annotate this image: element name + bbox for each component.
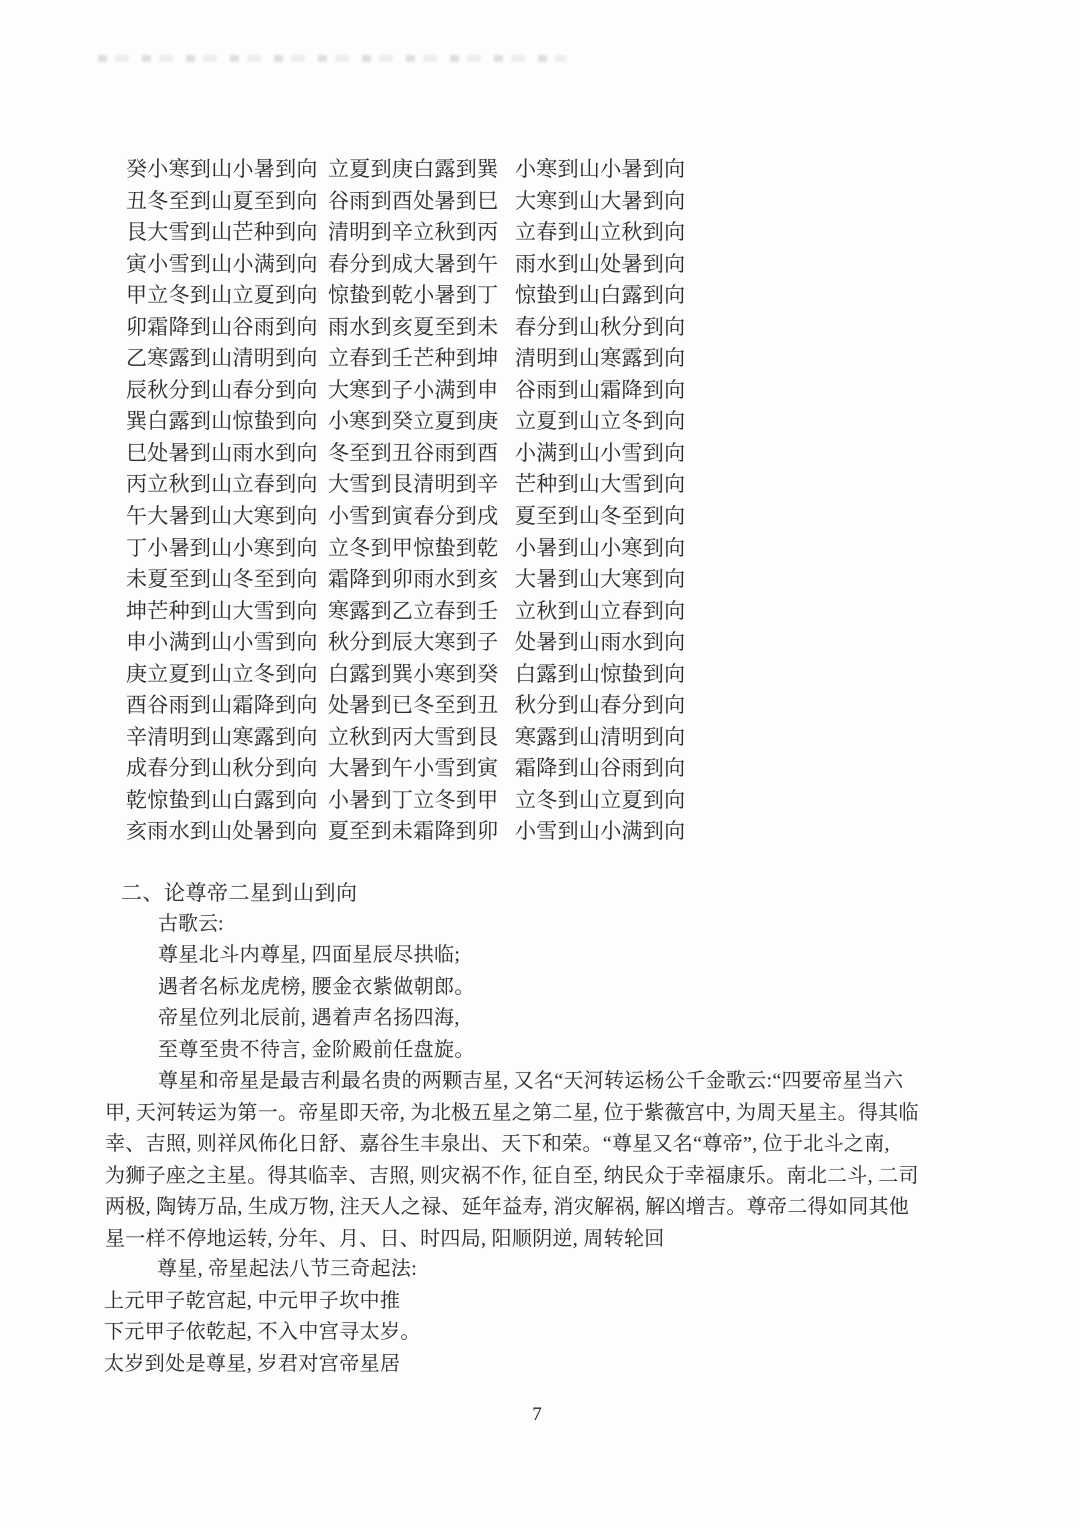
ancient-poem: 尊星北斗内尊星, 四面星辰尽拱临;遇者名标龙虎榜, 腰金衣紫做朝郎。帝星位列北辰… bbox=[158, 940, 475, 1066]
formula-subheading: 尊星, 帝星起法八节三奇起法: bbox=[157, 1254, 417, 1285]
table-cell: 立春到山立秋到向 bbox=[515, 217, 685, 249]
table-cell: 霜降到卯雨水到亥 bbox=[328, 564, 515, 596]
formula-verse: 上元甲子乾宫起, 中元甲子坎中推下元甲子依乾起, 不入中宫寻太岁。太岁到处是尊星… bbox=[104, 1286, 421, 1380]
table-row: 辰秋分到山春分到向大寒到子小满到申谷雨到山霜降到向 bbox=[126, 375, 685, 407]
body-paragraph: 尊星和帝星是最吉利最名贵的两颗吉星, 又名“天河转运杨公千金歌云:“四要帝星当六… bbox=[105, 1066, 990, 1256]
table-row: 乙寒露到山清明到向立春到壬芒种到坤清明到山寒露到向 bbox=[126, 343, 685, 375]
paragraph-line: 星一样不停地运转, 分年、月、日、时四局, 阳顺阴逆, 周转轮回 bbox=[105, 1224, 990, 1256]
table-cell: 处暑到已冬至到丑 bbox=[328, 690, 515, 722]
table-cell: 卯霜降到山谷雨到向 bbox=[126, 312, 328, 344]
table-row: 午大暑到山大寒到向小雪到寅春分到戌夏至到山冬至到向 bbox=[126, 501, 685, 533]
table-cell: 清明到山寒露到向 bbox=[515, 343, 685, 375]
table-row: 巳处暑到山雨水到向冬至到丑谷雨到酉小满到山小雪到向 bbox=[126, 438, 685, 470]
table-cell: 午大暑到山大寒到向 bbox=[126, 501, 328, 533]
paragraph-line: 两极, 陶铸万品, 生成万物, 注天人之禄、延年益寿, 消灾解祸, 解凶增吉。尊… bbox=[105, 1192, 990, 1224]
table-row: 寅小雪到山小满到向春分到成大暑到午雨水到山处暑到向 bbox=[126, 249, 685, 281]
table-cell: 小暑到丁立冬到甲 bbox=[328, 785, 515, 817]
table-row: 酉谷雨到山霜降到向处暑到已冬至到丑秋分到山春分到向 bbox=[126, 690, 685, 722]
table-cell: 丙立秋到山立春到向 bbox=[126, 469, 328, 501]
table-cell: 冬至到丑谷雨到酉 bbox=[328, 438, 515, 470]
table-cell: 坤芒种到山大雪到向 bbox=[126, 596, 328, 628]
table-cell: 小暑到山小寒到向 bbox=[515, 533, 685, 565]
table-cell: 夏至到未霜降到卯 bbox=[328, 816, 515, 848]
table-cell: 雨水到山处暑到向 bbox=[515, 249, 685, 281]
table-row: 巽白露到山惊蛰到向小寒到癸立夏到庚立夏到山立冬到向 bbox=[126, 406, 685, 438]
scanned-book-page: 癸小寒到山小暑到向立夏到庚白露到巽小寒到山小暑到向丑冬至到山夏至到向谷雨到酉处暑… bbox=[0, 0, 1080, 1528]
table-cell: 小满到山小雪到向 bbox=[515, 438, 685, 470]
table-row: 艮大雪到山芒种到向清明到辛立秋到丙立春到山立秋到向 bbox=[126, 217, 685, 249]
table-cell: 立冬到山立夏到向 bbox=[515, 785, 685, 817]
formula-line: 太岁到处是尊星, 岁君对宫帝星居 bbox=[104, 1349, 421, 1380]
table-cell: 芒种到山大雪到向 bbox=[515, 469, 685, 501]
table-cell: 霜降到山谷雨到向 bbox=[515, 753, 685, 785]
table-cell: 处暑到山雨水到向 bbox=[515, 627, 685, 659]
table-cell: 未夏至到山冬至到向 bbox=[126, 564, 328, 596]
table-row: 乾惊蛰到山白露到向小暑到丁立冬到甲立冬到山立夏到向 bbox=[126, 785, 685, 817]
table-cell: 申小满到山小雪到向 bbox=[126, 627, 328, 659]
table-cell: 春分到山秋分到向 bbox=[515, 312, 685, 344]
table-cell: 惊蛰到山白露到向 bbox=[515, 280, 685, 312]
table-cell: 酉谷雨到山霜降到向 bbox=[126, 690, 328, 722]
solar-terms-table: 癸小寒到山小暑到向立夏到庚白露到巽小寒到山小暑到向丑冬至到山夏至到向谷雨到酉处暑… bbox=[126, 154, 685, 848]
table-cell: 白露到巽小寒到癸 bbox=[328, 659, 515, 691]
table-cell: 小雪到寅春分到戌 bbox=[328, 501, 515, 533]
table-cell: 巳处暑到山雨水到向 bbox=[126, 438, 328, 470]
table-cell: 辛清明到山寒露到向 bbox=[126, 722, 328, 754]
table-cell: 丁小暑到山小寒到向 bbox=[126, 533, 328, 565]
table-cell: 立秋到丙大雪到艮 bbox=[328, 722, 515, 754]
poem-line: 帝星位列北辰前, 遇着声名扬四海, bbox=[158, 1003, 475, 1035]
table-row: 卯霜降到山谷雨到向雨水到亥夏至到未春分到山秋分到向 bbox=[126, 312, 685, 344]
table-cell: 立秋到山立春到向 bbox=[515, 596, 685, 628]
table-row: 甲立冬到山立夏到向惊蛰到乾小暑到丁惊蛰到山白露到向 bbox=[126, 280, 685, 312]
table-cell: 庚立夏到山立冬到向 bbox=[126, 659, 328, 691]
table-cell: 谷雨到酉处暑到巳 bbox=[328, 186, 515, 218]
table-cell: 立夏到庚白露到巽 bbox=[328, 154, 515, 186]
table-cell: 大寒到子小满到申 bbox=[328, 375, 515, 407]
table-cell: 大暑到午小雪到寅 bbox=[328, 753, 515, 785]
paragraph-line: 幸、吉照, 则祥风佈化日舒、嘉谷生丰泉出、天下和荣。“尊星又名“尊帝”, 位于北… bbox=[105, 1129, 990, 1161]
formula-line: 下元甲子依乾起, 不入中宫寻太岁。 bbox=[104, 1317, 421, 1348]
table-cell: 巽白露到山惊蛰到向 bbox=[126, 406, 328, 438]
table-cell: 甲立冬到山立夏到向 bbox=[126, 280, 328, 312]
table-cell: 春分到成大暑到午 bbox=[328, 249, 515, 281]
table-cell: 秋分到山春分到向 bbox=[515, 690, 685, 722]
poem-line: 至尊至贵不待言, 金阶殿前任盘旋。 bbox=[158, 1035, 475, 1067]
poem-intro: 古歌云: bbox=[158, 909, 224, 940]
table-cell: 大寒到山大暑到向 bbox=[515, 186, 685, 218]
formula-line: 上元甲子乾宫起, 中元甲子坎中推 bbox=[104, 1286, 421, 1317]
table-cell: 夏至到山冬至到向 bbox=[515, 501, 685, 533]
table-row: 丑冬至到山夏至到向谷雨到酉处暑到巳大寒到山大暑到向 bbox=[126, 186, 685, 218]
poem-line: 尊星北斗内尊星, 四面星辰尽拱临; bbox=[158, 940, 475, 972]
table-cell: 小寒到山小暑到向 bbox=[515, 154, 685, 186]
table-cell: 小寒到癸立夏到庚 bbox=[328, 406, 515, 438]
table-cell: 小雪到山小满到向 bbox=[515, 816, 685, 848]
section-heading: 二、论尊帝二星到山到向 bbox=[121, 878, 358, 909]
table-cell: 癸小寒到山小暑到向 bbox=[126, 154, 328, 186]
table-cell: 立夏到山立冬到向 bbox=[515, 406, 685, 438]
table-cell: 大暑到山大寒到向 bbox=[515, 564, 685, 596]
scan-smudge-artifact bbox=[98, 55, 566, 62]
table-cell: 寅小雪到山小满到向 bbox=[126, 249, 328, 281]
paragraph-line: 尊星和帝星是最吉利最名贵的两颗吉星, 又名“天河转运杨公千金歌云:“四要帝星当六 bbox=[105, 1066, 990, 1098]
table-cell: 丑冬至到山夏至到向 bbox=[126, 186, 328, 218]
table-cell: 惊蛰到乾小暑到丁 bbox=[328, 280, 515, 312]
table-cell: 谷雨到山霜降到向 bbox=[515, 375, 685, 407]
table-row: 丁小暑到山小寒到向立冬到甲惊蛰到乾小暑到山小寒到向 bbox=[126, 533, 685, 565]
table-cell: 辰秋分到山春分到向 bbox=[126, 375, 328, 407]
table-cell: 寒露到山清明到向 bbox=[515, 722, 685, 754]
table-row: 癸小寒到山小暑到向立夏到庚白露到巽小寒到山小暑到向 bbox=[126, 154, 685, 186]
table-row: 成春分到山秋分到向大暑到午小雪到寅霜降到山谷雨到向 bbox=[126, 753, 685, 785]
table-cell: 白露到山惊蛰到向 bbox=[515, 659, 685, 691]
page-number: 7 bbox=[0, 1401, 1074, 1429]
paragraph-line: 甲, 天河转运为第一。帝星即天帝, 为北极五星之第二星, 位于紫薇宫中, 为周天… bbox=[105, 1098, 990, 1130]
table-cell: 立春到壬芒种到坤 bbox=[328, 343, 515, 375]
table-cell: 乾惊蛰到山白露到向 bbox=[126, 785, 328, 817]
table-row: 丙立秋到山立春到向大雪到艮清明到辛芒种到山大雪到向 bbox=[126, 469, 685, 501]
paragraph-line: 为狮子座之主星。得其临幸、吉照, 则灾祸不作, 征自至, 纳民众于幸福康乐。南北… bbox=[105, 1161, 990, 1193]
table-cell: 亥雨水到山处暑到向 bbox=[126, 816, 328, 848]
table-cell: 立冬到甲惊蛰到乾 bbox=[328, 533, 515, 565]
table-row: 未夏至到山冬至到向霜降到卯雨水到亥大暑到山大寒到向 bbox=[126, 564, 685, 596]
table-row: 申小满到山小雪到向秋分到辰大寒到子处暑到山雨水到向 bbox=[126, 627, 685, 659]
table-cell: 清明到辛立秋到丙 bbox=[328, 217, 515, 249]
table-row: 辛清明到山寒露到向立秋到丙大雪到艮寒露到山清明到向 bbox=[126, 722, 685, 754]
table-cell: 秋分到辰大寒到子 bbox=[328, 627, 515, 659]
table-row: 庚立夏到山立冬到向白露到巽小寒到癸白露到山惊蛰到向 bbox=[126, 659, 685, 691]
table-row: 坤芒种到山大雪到向寒露到乙立春到壬立秋到山立春到向 bbox=[126, 596, 685, 628]
table-cell: 成春分到山秋分到向 bbox=[126, 753, 328, 785]
table-cell: 大雪到艮清明到辛 bbox=[328, 469, 515, 501]
table-cell: 寒露到乙立春到壬 bbox=[328, 596, 515, 628]
table-cell: 雨水到亥夏至到未 bbox=[328, 312, 515, 344]
table-cell: 乙寒露到山清明到向 bbox=[126, 343, 328, 375]
poem-line: 遇者名标龙虎榜, 腰金衣紫做朝郎。 bbox=[158, 972, 475, 1004]
table-cell: 艮大雪到山芒种到向 bbox=[126, 217, 328, 249]
table-row: 亥雨水到山处暑到向夏至到未霜降到卯小雪到山小满到向 bbox=[126, 816, 685, 848]
